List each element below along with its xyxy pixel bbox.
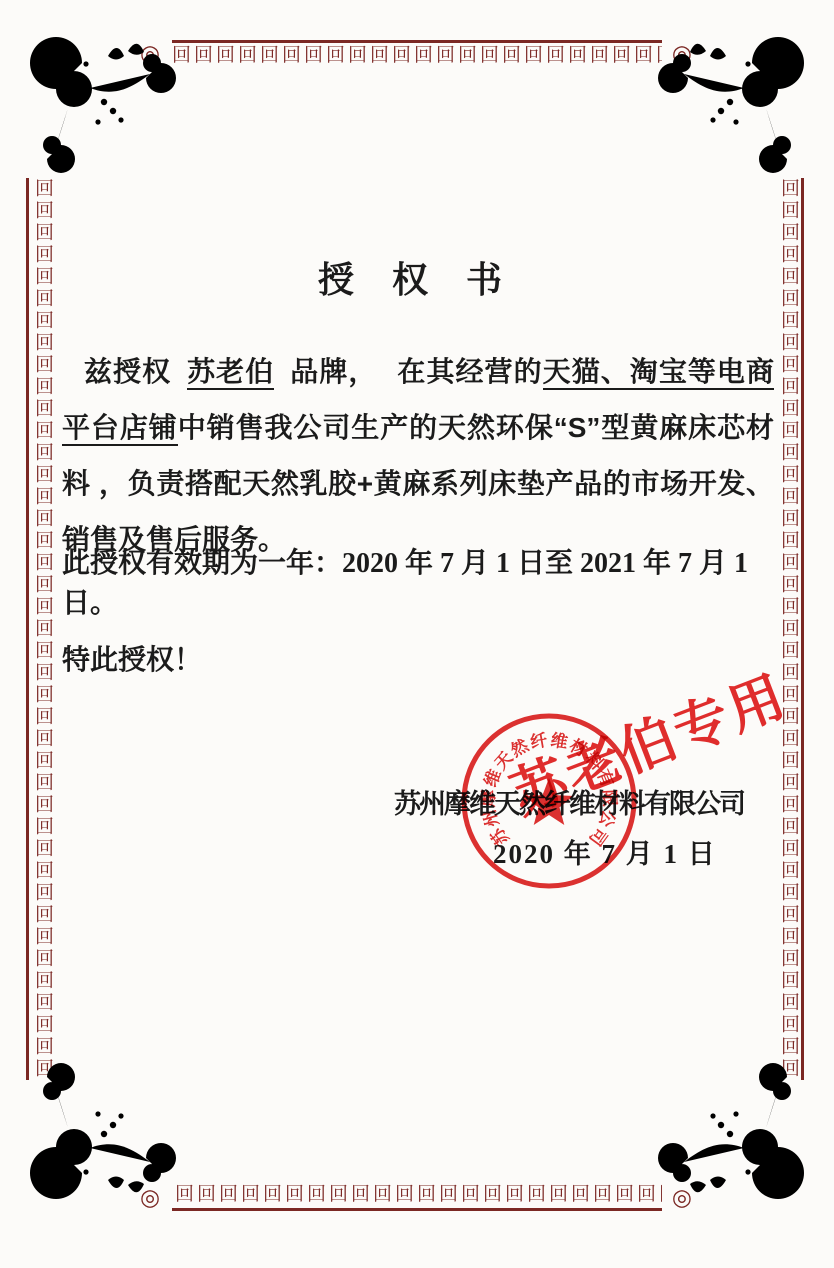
corner-ornament-icon — [16, 1062, 176, 1212]
border-top-meander: 回回回回回回回回回回回回回回回回回回回回回回回回回回回回回回回回回回回回回回回回… — [172, 40, 662, 67]
body-prefix: 兹授权 — [84, 356, 171, 387]
body-brand-suffix: 品牌， — [290, 356, 377, 387]
validity-line: 此授权有效期为一年：2020 年 7 月 1 日至 2021 年 7 月 1 日… — [62, 541, 774, 621]
brand-name-underlined: 苏老伯 — [187, 356, 274, 390]
hereby-line: 特此授权！ — [62, 638, 202, 678]
svg-text:摩: 摩 — [478, 789, 499, 807]
border-left-meander: 回回回回回回回回回回回回回回回回回回回回回回回回回回回回回回回回回回回回回回回回… — [26, 178, 53, 1080]
svg-text:州: 州 — [479, 807, 502, 829]
authorization-paragraph: 兹授权苏老伯品牌，在其经营的天猫、淘宝等电商平台店铺中销售我公司生产的天然环保“… — [62, 344, 774, 568]
border-bottom-meander: 回回回回回回回回回回回回回回回回回回回回回回回回回回回回回回回回回回回回回回回回… — [172, 1184, 662, 1211]
certificate-page: 回回回回回回回回回回回回回回回回回回回回回回回回回回回回回回回回回回回回回回回回… — [0, 0, 834, 1268]
body-clause: 在其经营的 — [397, 356, 542, 387]
corner-ornament-icon — [16, 24, 176, 174]
svg-text:司: 司 — [585, 824, 610, 849]
corner-ornament-icon — [658, 1062, 818, 1212]
corner-ornament-icon — [658, 24, 818, 174]
border-right-meander: 回回回回回回回回回回回回回回回回回回回回回回回回回回回回回回回回回回回回回回回回… — [777, 178, 804, 1080]
certificate-title: 授 权 书 — [62, 252, 772, 303]
